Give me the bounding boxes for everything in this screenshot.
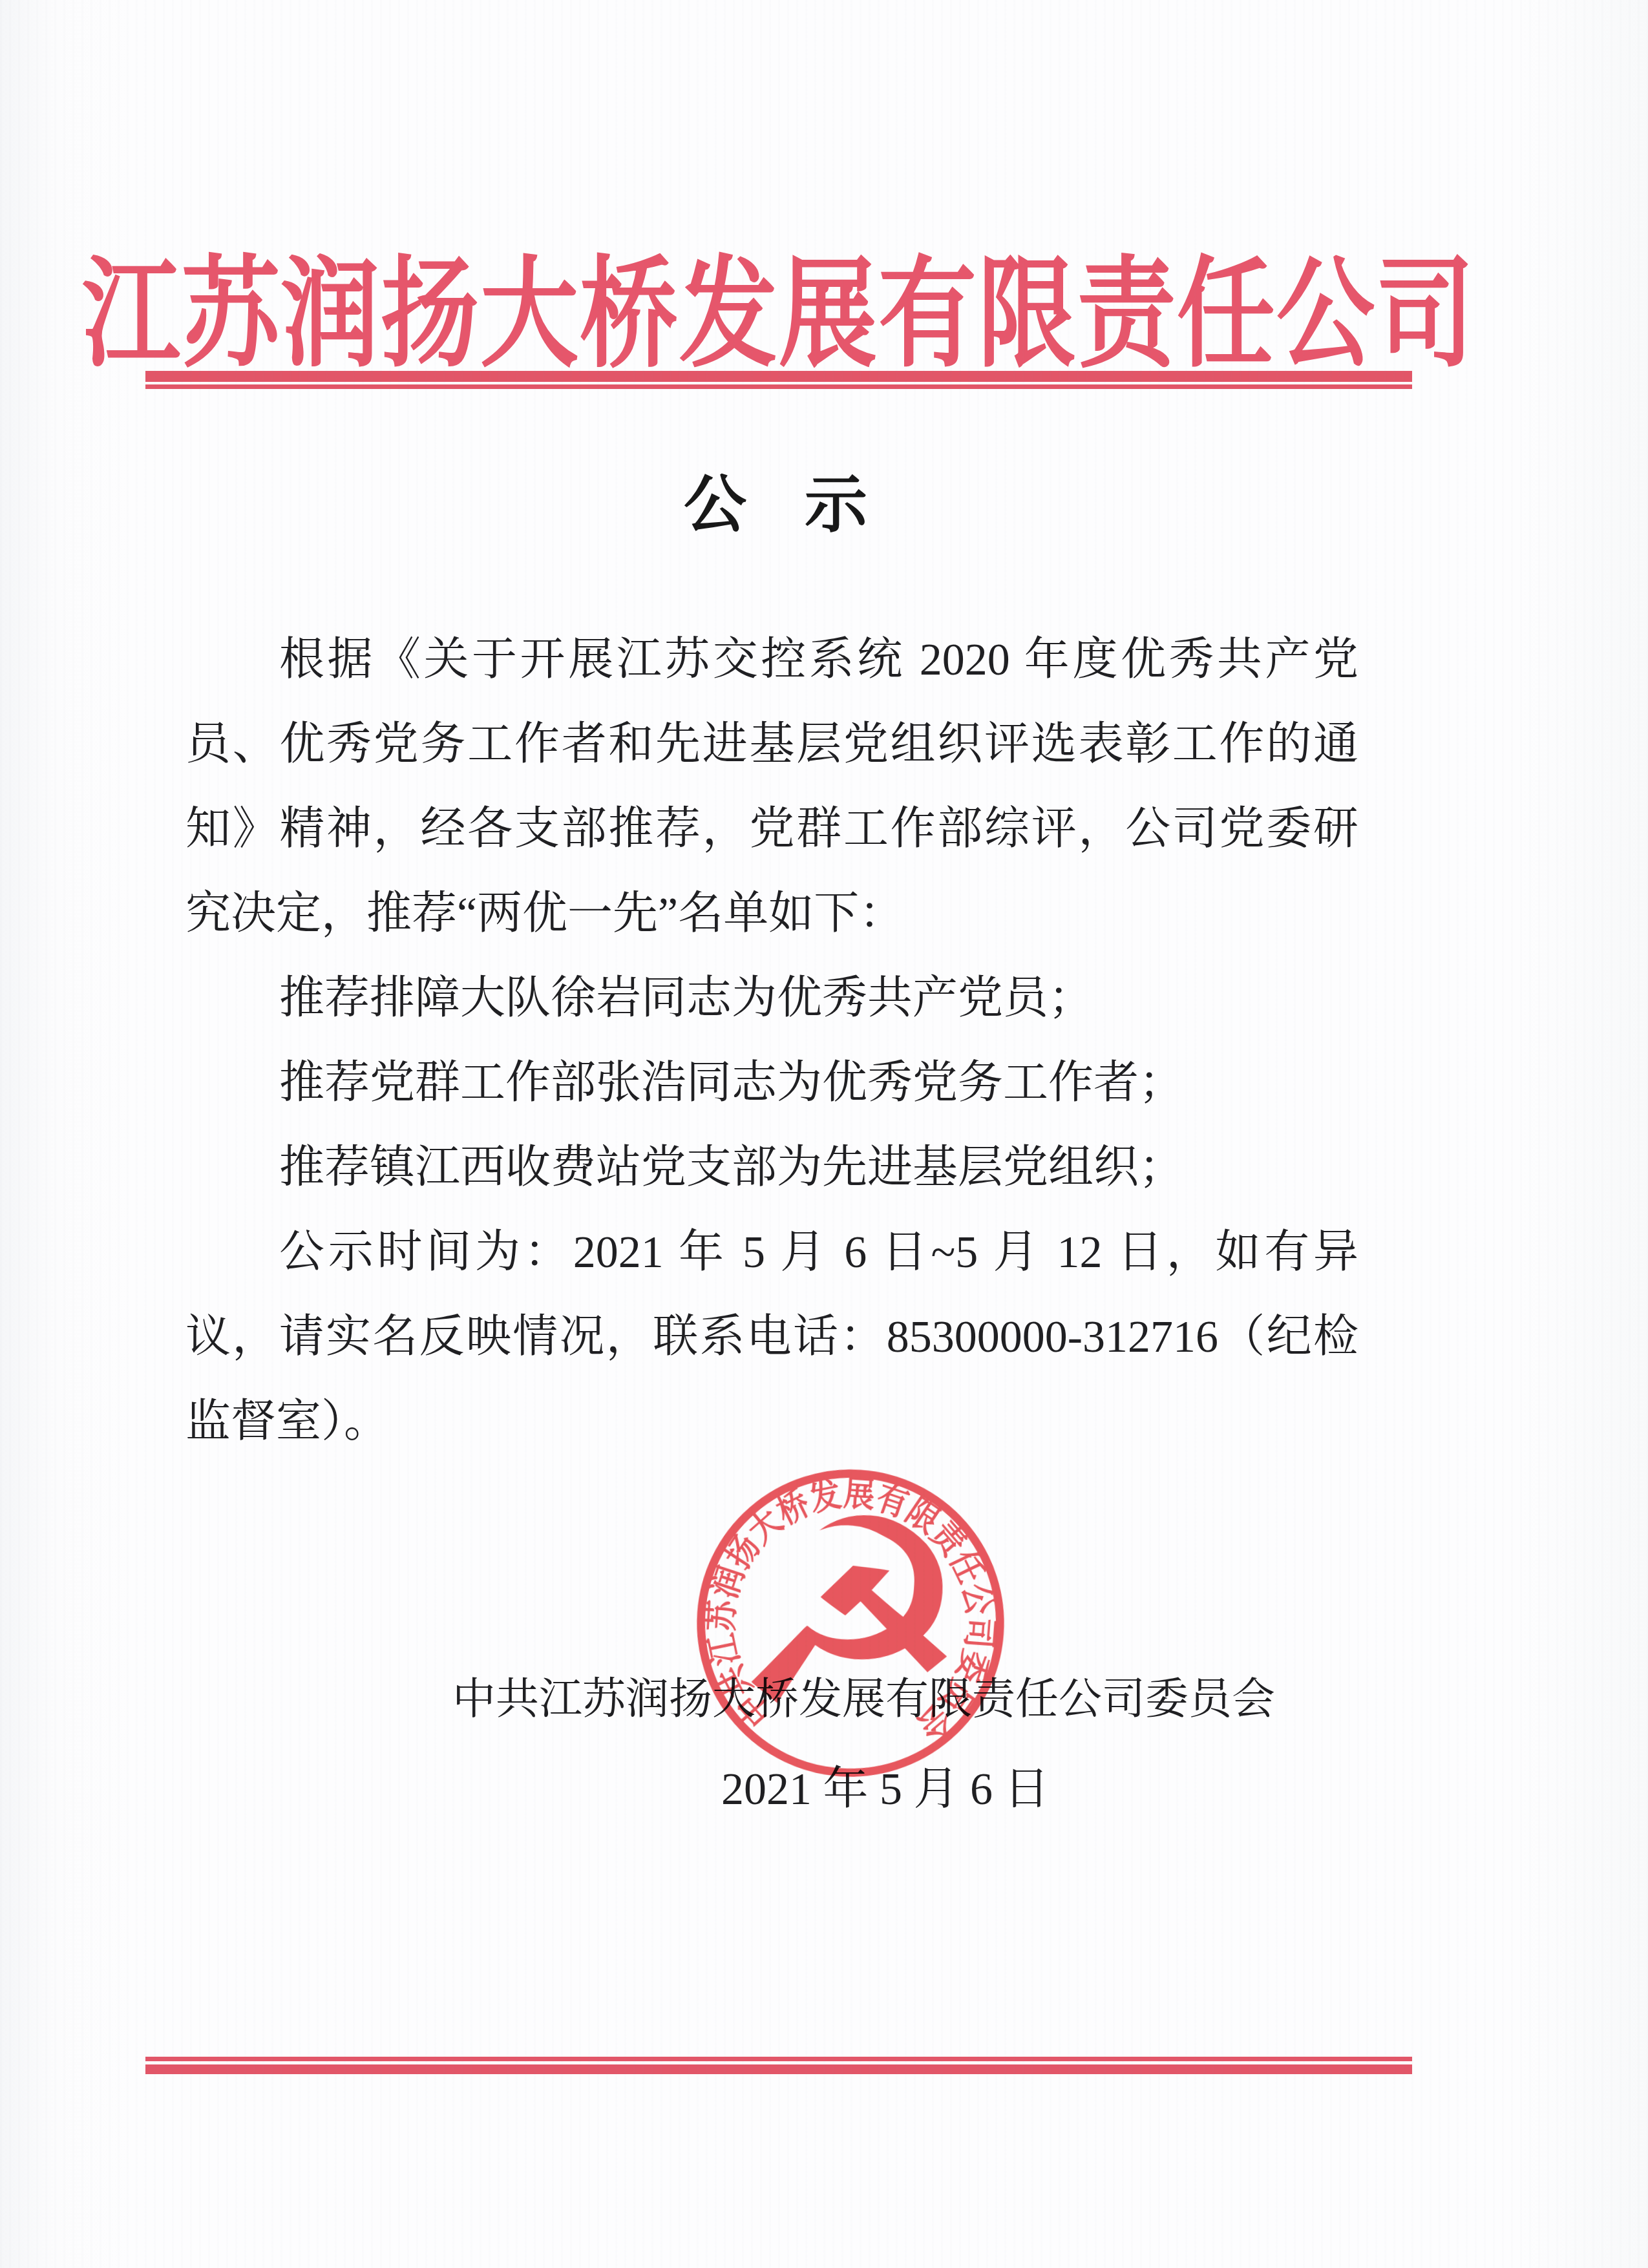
body-paragraph-member: 推荐排障大队徐岩同志为优秀共产党员； [185,956,1358,1041]
hammer-and-sickle-icon: ☭ [724,1455,982,1779]
header-rule-thin [145,384,1412,389]
body-paragraph-worker: 推荐党群工作部张浩同志为优秀党务工作者； [185,1041,1358,1126]
footer-double-rule [145,2057,1412,2074]
notice-title-char-2: 示 [805,454,867,544]
notice-title: 公 示 [0,454,1551,544]
header-double-rule [145,371,1412,389]
official-seal: 中共江苏润扬大桥发展有限责任公司委员会 ☭ [682,1455,1019,1792]
letterhead-company-name: 江苏润扬大桥发展有限责任公司 [0,218,1558,390]
footer-rule-thin [145,2057,1412,2061]
notice-title-char-1: 公 [684,454,746,544]
body-paragraph-intro: 根据《关于开展江苏交控系统 2020 年度优秀共产党员、优秀党务工作者和先进基层… [185,618,1358,956]
official-seal-graphic: 中共江苏润扬大桥发展有限责任公司委员会 ☭ [682,1455,1019,1792]
header-rule-thick [145,371,1412,382]
footer-rule-thick [145,2064,1412,2074]
notice-body: 根据《关于开展江苏交控系统 2020 年度优秀共产党员、优秀党务工作者和先进基层… [185,618,1358,1464]
body-paragraph-organization: 推荐镇江西收费站党支部为先进基层党组织； [185,1126,1358,1210]
body-paragraph-contact: 公示时间为：2021 年 5 月 6 日~5 月 12 日，如有异议，请实名反映… [185,1210,1358,1464]
document-page: 江苏润扬大桥发展有限责任公司 公 示 根据《关于开展江苏交控系统 2020 年度… [0,0,1648,2268]
